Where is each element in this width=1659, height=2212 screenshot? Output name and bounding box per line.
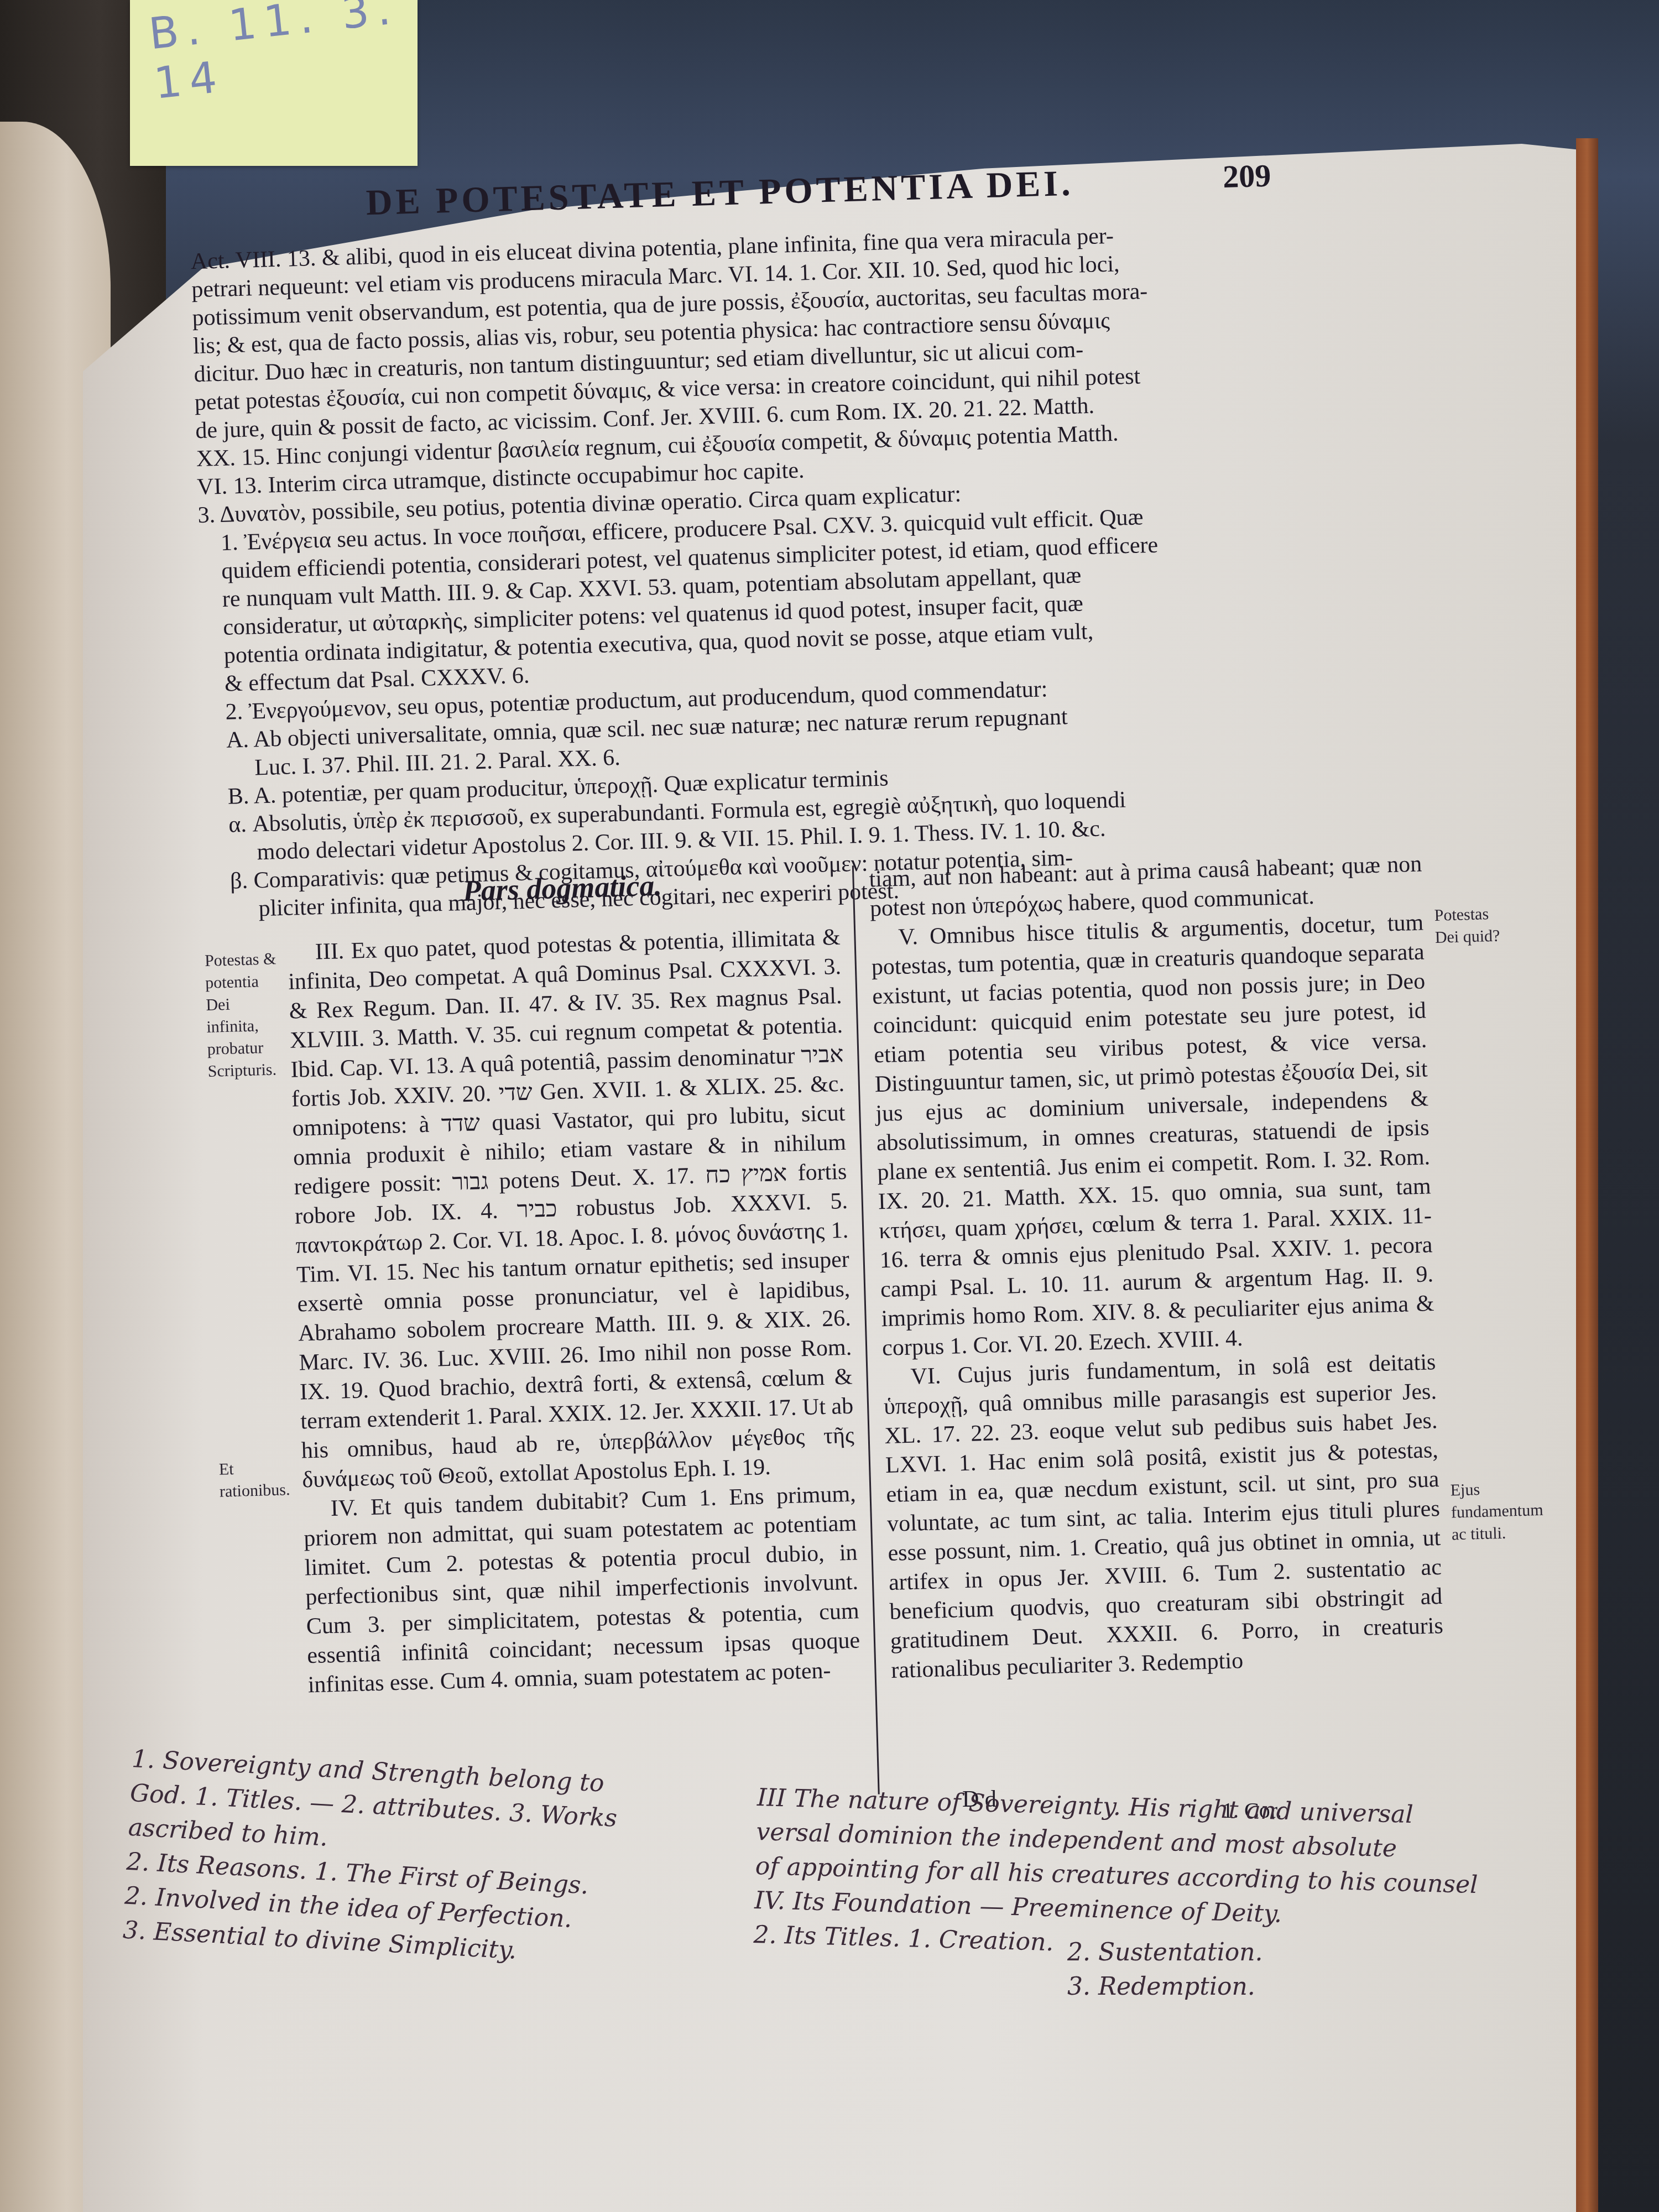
handwritten-line: 3. Redemption. (1067, 1970, 1510, 2004)
paragraph-III: III. Ex quo patet, quod potestas & poten… (287, 923, 855, 1495)
margin-note-left-2: Et rationibus. (218, 1457, 291, 1503)
margin-note-left-1: Potestas & potentia Dei infinita, probat… (205, 948, 280, 1083)
handwritten-line: 2. Sustentation. (1067, 1936, 1510, 1970)
handwritten-note-left: 1. Sovereignty and Strength belong to Go… (122, 1742, 740, 1979)
right-column: tiam, aut non habeant: aut à prima causâ… (869, 850, 1444, 1686)
left-column: Pars dogmatica. III. Ex quo patet, quod … (285, 866, 861, 1700)
paragraph-VI: VI. Cujus juris fundamentum, in solâ est… (883, 1348, 1444, 1686)
paragraph-IV: IV. Et quis tandem dubitabit? Cum 1. Ens… (302, 1480, 861, 1700)
page-number: 209 (1222, 157, 1271, 195)
margin-note-right-1: Potestas Dei quid? (1434, 902, 1507, 949)
intro-text: Act. VIII. 13. & alibi, quod in eis eluc… (190, 216, 1348, 925)
handwritten-sublist: 2. Sustentation. 3. Redemption. (1067, 1936, 1510, 2004)
sticky-note: B. 11. 3. 14 (130, 0, 418, 166)
paragraph-V: V. Omnibus hisce titulis & argumentis, d… (870, 908, 1436, 1363)
margin-note-right-2: Ejus fundamentum ac tituli. (1450, 1478, 1524, 1546)
shelfmark-label: B. 11. 3. 14 (147, 0, 426, 109)
